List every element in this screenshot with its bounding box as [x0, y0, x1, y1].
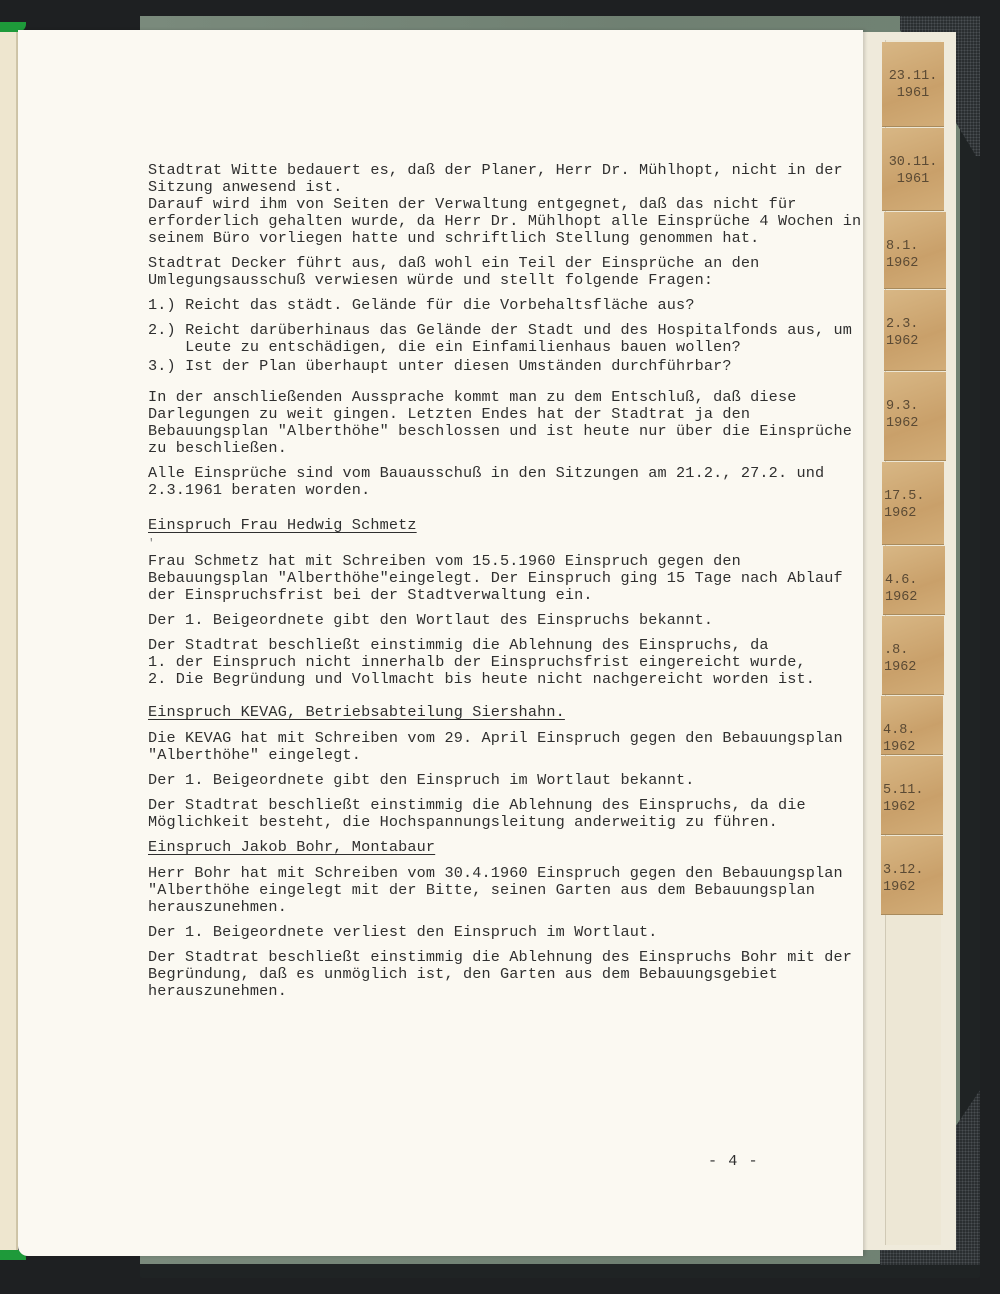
paragraph: Frau Schmetz hat mit Schreiben vom 15.5.…	[148, 553, 863, 604]
section-heading-kevag: Einspruch KEVAG, Betriebsabteilung Siers…	[148, 704, 863, 721]
index-tab-label: 4.6. 1962	[883, 546, 945, 606]
index-tab[interactable]: 4.6. 1962	[883, 546, 945, 615]
index-tab-label: 3.12. 1962	[881, 836, 943, 896]
index-tab[interactable]: 8.1. 1962	[884, 212, 946, 289]
index-tab-label: .8. 1962	[882, 616, 944, 676]
reason-item: 1. der Einspruch nicht innerhalb der Ein…	[148, 654, 863, 671]
index-tab[interactable]: 5.11. 1962	[881, 756, 943, 835]
index-tab-label: 8.1. 1962	[884, 212, 946, 272]
paragraph: Der Stadtrat beschließt einstimmig die A…	[148, 949, 863, 1000]
paragraph-alle-einsprueche: Alle Einsprüche sind vom Bauausschuß in …	[148, 465, 863, 499]
question-item: 2.) Reicht darüberhinaus das Gelände der…	[148, 322, 863, 356]
page-number: - 4 -	[708, 1152, 759, 1170]
index-tab[interactable]: 4.8. 1962	[881, 696, 943, 755]
paragraph: Der 1. Beigeordnete gibt den Wortlaut de…	[148, 612, 863, 629]
question-item: 1.) Reicht das städt. Gelände für die Vo…	[148, 297, 863, 314]
index-tab[interactable]: 9.3. 1962	[884, 372, 946, 461]
index-tab[interactable]: 23.11. 1961	[882, 42, 944, 127]
index-tab[interactable]: 30.11. 1961	[882, 128, 944, 211]
left-page-edge	[0, 28, 18, 1258]
stray-mark: '	[148, 539, 863, 549]
paragraph: Der Stadtrat beschließt einstimmig die A…	[148, 797, 863, 831]
reason-item: 2. Die Begründung und Vollmacht bis heut…	[148, 671, 863, 688]
document-body: Stadtrat Witte bedauert es, daß der Plan…	[148, 162, 863, 1008]
paragraph: Der 1. Beigeordnete verliest den Einspru…	[148, 924, 863, 941]
document-page: Stadtrat Witte bedauert es, daß der Plan…	[18, 30, 863, 1256]
paragraph: Der Stadtrat beschließt einstimmig die A…	[148, 637, 863, 654]
paragraph: Herr Bohr hat mit Schreiben vom 30.4.196…	[148, 865, 863, 916]
index-tab-label: 5.11. 1962	[881, 756, 943, 816]
paragraph: Der 1. Beigeordnete gibt den Einspruch i…	[148, 772, 863, 789]
paragraph-witte: Stadtrat Witte bedauert es, daß der Plan…	[148, 162, 863, 247]
index-tab-label: 2.3. 1962	[884, 290, 946, 350]
section-heading-bohr: Einspruch Jakob Bohr, Montabaur	[148, 839, 863, 856]
index-tab[interactable]: 3.12. 1962	[881, 836, 943, 915]
question-item: 3.) Ist der Plan überhaupt unter diesen …	[148, 358, 863, 375]
section-heading-schmetz: Einspruch Frau Hedwig Schmetz	[148, 517, 863, 534]
index-tab-label: 9.3. 1962	[884, 372, 946, 432]
paragraph-decker: Stadtrat Decker führt aus, daß wohl ein …	[148, 255, 863, 289]
index-tab[interactable]: 17.5. 1962	[882, 462, 944, 545]
index-tab-label: 17.5. 1962	[882, 462, 944, 522]
paragraph-aussprache: In der anschließenden Aussprache kommt m…	[148, 389, 863, 457]
paragraph: Die KEVAG hat mit Schreiben vom 29. Apri…	[148, 730, 863, 764]
index-tab-label: 30.11. 1961	[882, 128, 944, 188]
index-tab-label: 4.8. 1962	[881, 696, 943, 755]
index-tab-label: 23.11. 1961	[882, 42, 944, 102]
index-tab[interactable]: .8. 1962	[882, 616, 944, 695]
reason-list: 1. der Einspruch nicht innerhalb der Ein…	[148, 654, 863, 688]
index-tab[interactable]: 2.3. 1962	[884, 290, 946, 371]
question-list: 1.) Reicht das städt. Gelände für die Vo…	[148, 297, 863, 375]
